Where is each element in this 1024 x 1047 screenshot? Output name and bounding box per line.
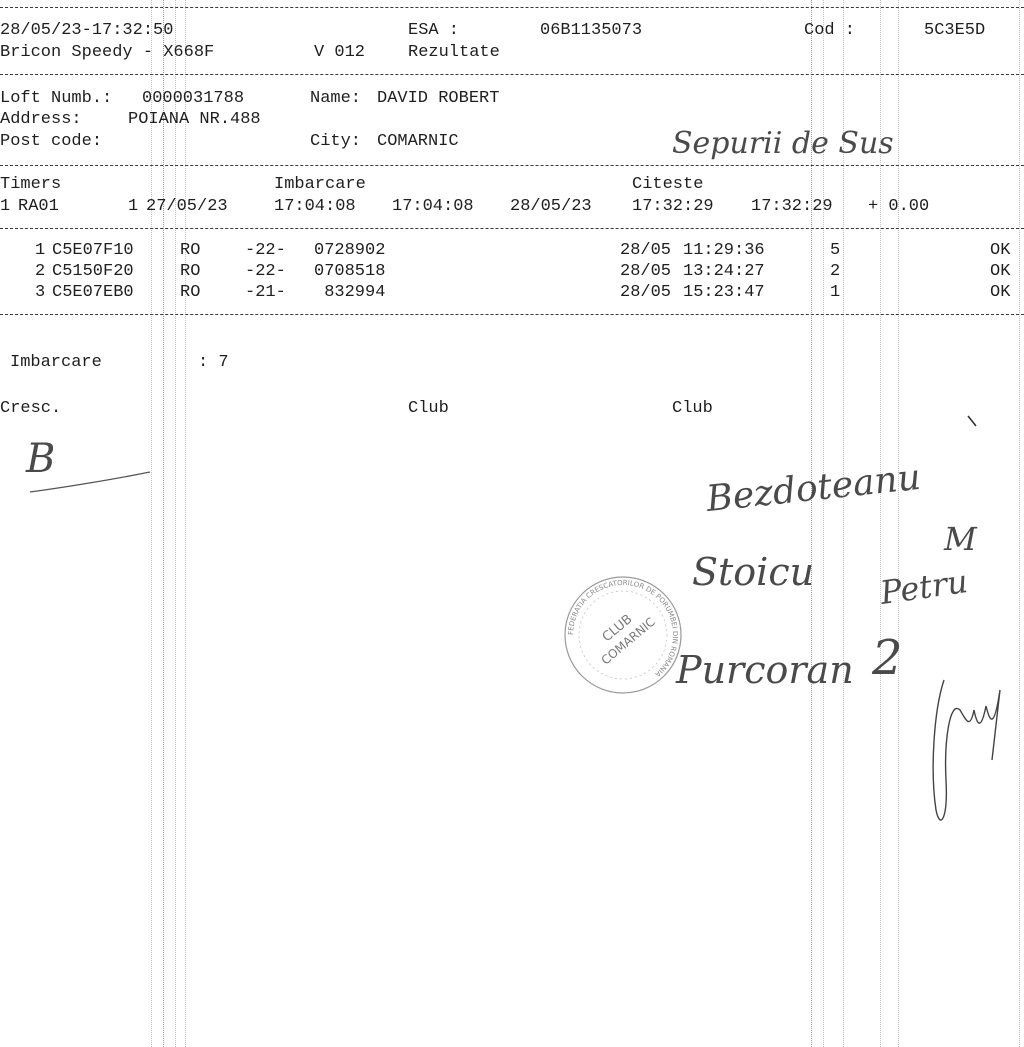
scan-streak xyxy=(898,0,899,1047)
imbarcare-time-1: 17:04:08 xyxy=(274,198,356,216)
signature-name-1: Bezdoteanu xyxy=(704,457,922,520)
result-arrival-date: 28/05 xyxy=(620,263,671,281)
esa-label: ESA : xyxy=(408,22,459,40)
result-status: OK xyxy=(990,263,1010,281)
result-position: 1 xyxy=(35,242,45,260)
result-year: -22- xyxy=(245,263,286,281)
result-series: 2 xyxy=(830,263,840,281)
divider xyxy=(0,314,1024,315)
scan-streak xyxy=(163,0,164,1047)
result-chip-id: C5E07F10 xyxy=(52,242,134,260)
result-chip-id: C5E07EB0 xyxy=(52,284,134,302)
handwritten-stroke xyxy=(0,440,200,520)
report-type: Rezultate xyxy=(408,44,500,62)
result-ring-number: 832994 xyxy=(324,284,385,302)
handwritten-location: Sepurii de Sus xyxy=(672,126,894,161)
signature-scribble xyxy=(930,670,1024,850)
divider xyxy=(0,7,1024,8)
address-value: POIANA NR.488 xyxy=(128,111,261,129)
result-status: OK xyxy=(990,284,1010,302)
scan-streak xyxy=(175,0,176,1047)
postcode-label: Post code: xyxy=(0,133,102,151)
loft-label: Loft Numb.: xyxy=(0,90,112,108)
signature-name-3: Purcoran xyxy=(676,648,854,692)
timer-id: RA01 xyxy=(18,198,59,216)
scan-streak xyxy=(151,0,152,1047)
device-name: Bricon Speedy - X668F xyxy=(0,44,214,62)
imbarcare-count: : 7 xyxy=(198,354,229,372)
result-arrival-time: 13:24:27 xyxy=(683,263,765,281)
club-stamp: FEDERATIA CRESCATORILOR DE PORUMBEI DIN … xyxy=(560,572,690,702)
name-label: Name: xyxy=(310,90,361,108)
result-position: 2 xyxy=(35,263,45,281)
result-ring-number: 0708518 xyxy=(314,263,385,281)
citeste-time-1: 17:32:29 xyxy=(632,198,714,216)
citeste-time-2: 17:32:29 xyxy=(751,198,833,216)
result-position: 3 xyxy=(35,284,45,302)
citeste-header: Citeste xyxy=(632,176,703,194)
esa-value: 06B1135073 xyxy=(540,22,642,40)
signature-number: 2 xyxy=(872,630,903,686)
imbarcare-header: Imbarcare xyxy=(274,176,366,194)
result-country: RO xyxy=(180,263,200,281)
result-arrival-time: 11:29:36 xyxy=(683,242,765,260)
city-label: City: xyxy=(310,133,361,151)
timer-count: 1 xyxy=(128,198,138,216)
result-status: OK xyxy=(990,242,1010,260)
result-chip-id: C5150F20 xyxy=(52,263,134,281)
pen-tick-mark xyxy=(966,414,986,434)
scan-streak xyxy=(185,0,186,1047)
result-arrival-date: 28/05 xyxy=(620,242,671,260)
result-arrival-time: 15:23:47 xyxy=(683,284,765,302)
result-year: -21- xyxy=(245,284,286,302)
citeste-date: 28/05/23 xyxy=(510,198,592,216)
result-arrival-date: 28/05 xyxy=(620,284,671,302)
cod-value: 5C3E5D xyxy=(924,22,985,40)
divider xyxy=(0,165,1024,166)
cresc-label: Cresc. xyxy=(0,400,61,418)
device-version: V 012 xyxy=(314,44,365,62)
address-label: Address: xyxy=(0,111,82,129)
timer-index: 1 xyxy=(0,198,10,216)
city-value: COMARNIC xyxy=(377,133,459,151)
result-series: 5 xyxy=(830,242,840,260)
timer-deviation: + 0.00 xyxy=(868,198,929,216)
divider xyxy=(0,74,1024,75)
club-label-2: Club xyxy=(672,400,713,418)
signature-name-2: Stoicu xyxy=(692,550,814,594)
result-country: RO xyxy=(180,284,200,302)
loft-number: 0000031788 xyxy=(142,90,244,108)
signature-initial-1: M xyxy=(944,520,977,558)
imbarcare-time-2: 17:04:08 xyxy=(392,198,474,216)
cod-label: Cod : xyxy=(804,22,855,40)
imbarcare-date: 27/05/23 xyxy=(146,198,228,216)
owner-name: DAVID ROBERT xyxy=(377,90,499,108)
divider xyxy=(0,228,1024,229)
result-series: 1 xyxy=(830,284,840,302)
club-label-1: Club xyxy=(408,400,449,418)
imbarcare-count-label: Imbarcare xyxy=(10,354,102,372)
print-datetime: 28/05/23-17:32:50 xyxy=(0,22,173,40)
signature-name-2b: Petru xyxy=(878,562,970,612)
result-ring-number: 0728902 xyxy=(314,242,385,260)
result-country: RO xyxy=(180,242,200,260)
scan-streak xyxy=(1019,0,1020,1047)
result-year: -22- xyxy=(245,242,286,260)
timers-header: Timers xyxy=(0,176,61,194)
